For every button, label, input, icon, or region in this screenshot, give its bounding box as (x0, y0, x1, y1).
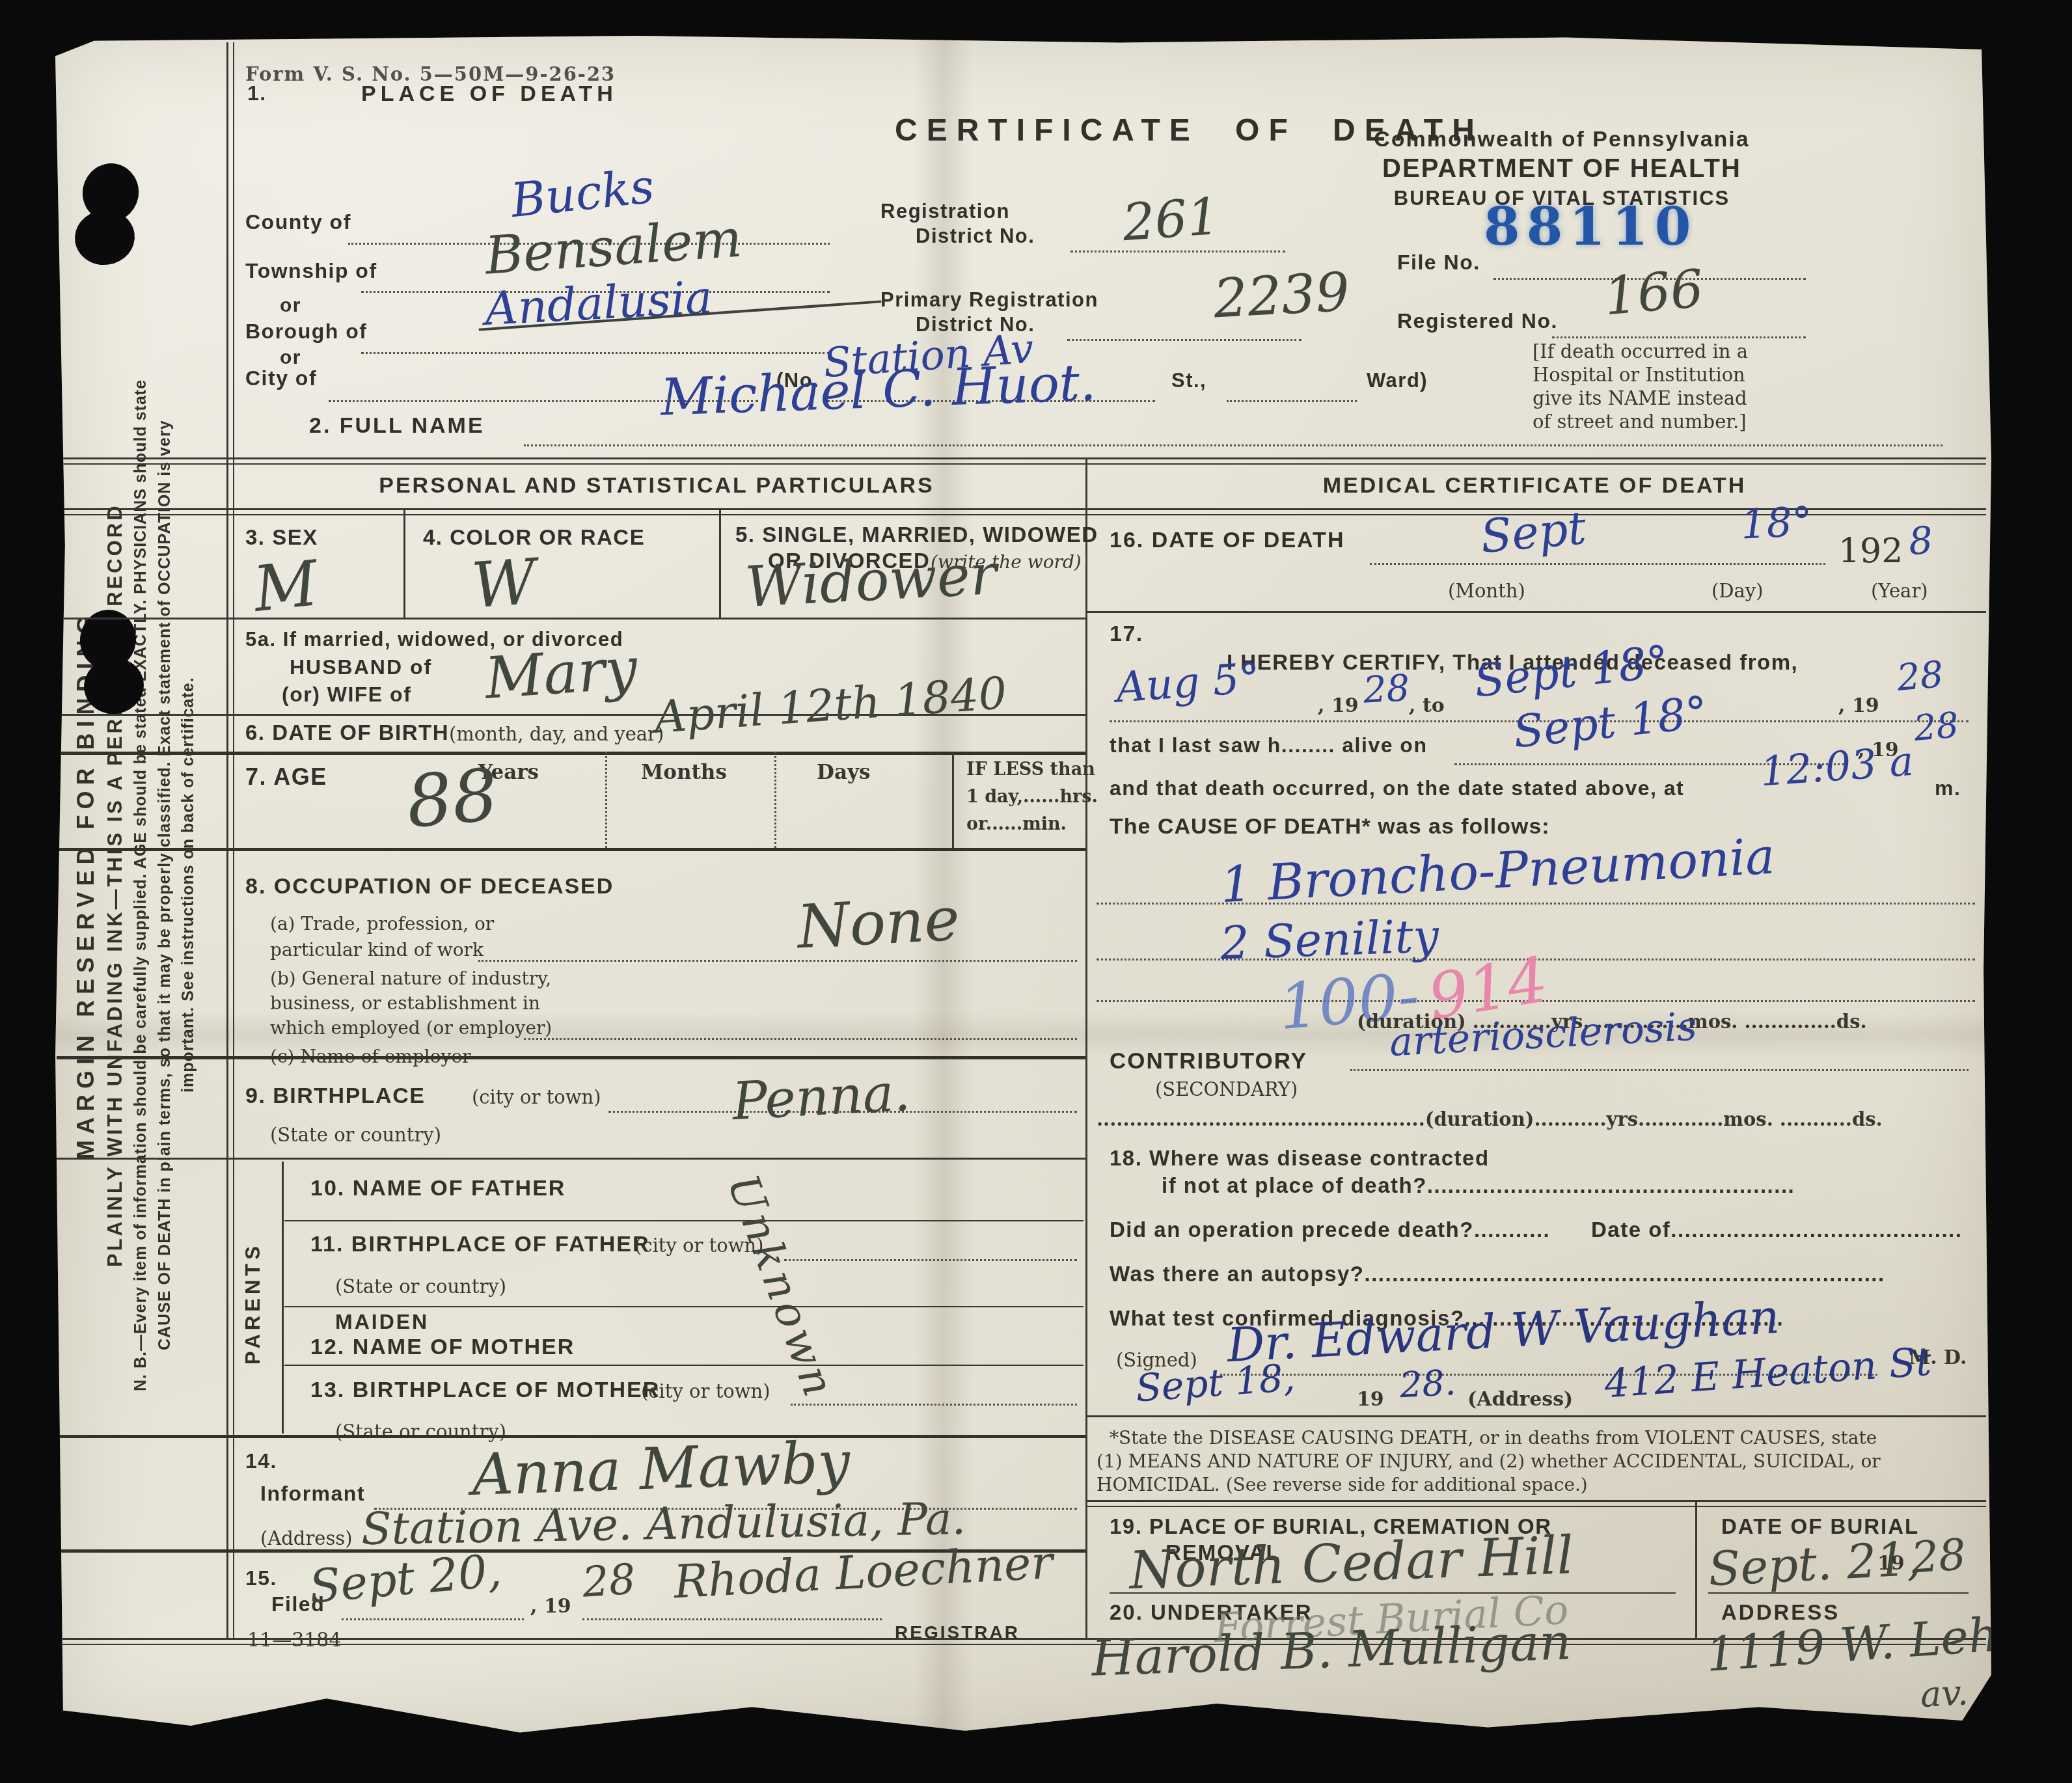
husband-of-label: HUSBAND of (290, 655, 432, 679)
age-divider-dotted-1 (605, 752, 607, 848)
mother-name-label: 12. NAME OF MOTHER (310, 1335, 575, 1360)
right-section-title: MEDICAL CERTIFICATE OF DEATH (1085, 473, 1983, 498)
margin-line-nb2: CAUSE OF DEATH in plain terms, so that i… (156, 81, 173, 1689)
cause-of-death-label: The CAUSE OF DEATH* was as follows: (1110, 814, 1550, 839)
color-marital-divider (719, 508, 721, 618)
printed-19-a: , 19 (1318, 694, 1359, 717)
death-certificate-paper: MARGIN RESERVED FOR BINDING PLAINLY WITH… (55, 36, 1991, 1734)
mother-state-note: (State or country) (335, 1421, 506, 1443)
mother-name-line (284, 1365, 1084, 1366)
rule-below-dod (1085, 611, 1986, 613)
spouse-value: Mary (483, 634, 640, 712)
informant-number: 14. (245, 1449, 277, 1473)
contributory-label: CONTRIBUTORY (1110, 1048, 1307, 1074)
father-birthplace-note: (city or town) (634, 1234, 764, 1257)
st-label: St., (1171, 369, 1206, 392)
printed-19-d: 19 (1357, 1388, 1384, 1411)
section-divider-rule (57, 457, 1986, 465)
occupation-a-line (478, 960, 1077, 962)
registration-label-1: Registration (880, 200, 1010, 223)
burial-date-line (1708, 1592, 1969, 1594)
duration-2-labels: ........................................… (1097, 1108, 1883, 1130)
bottom-rule (57, 1638, 1986, 1645)
father-birthplace-label: 11. BIRTHPLACE OF FATHER (310, 1232, 650, 1257)
burial-column-divider (1695, 1500, 1697, 1638)
burial-place-line (1110, 1592, 1676, 1594)
filed-year-value: 28 (581, 1555, 637, 1607)
agency-line-1: Commonwealth of Pennsylvania (1347, 127, 1777, 152)
margin-line-binding: MARGIN RESERVED FOR BINDING (74, 81, 98, 1689)
occupation-b-line-1: (b) General nature of industry, (270, 968, 551, 989)
ward-label: Ward) (1367, 369, 1428, 392)
registered-no-value: 166 (1602, 258, 1706, 327)
last-saw-text: that I last saw h........ alive on (1110, 733, 1427, 757)
father-name-label: 10. NAME OF FATHER (310, 1176, 566, 1201)
occupation-b-line-2: business, or establishment in (270, 992, 540, 1014)
filed-date-line (342, 1618, 524, 1620)
color-race-label: 4. COLOR OR RACE (423, 525, 645, 550)
age-label: 7. AGE (245, 763, 327, 791)
age-months-label: Months (641, 761, 727, 784)
death-month-value: Sept (1479, 501, 1588, 564)
printed-19-e: 19 (1877, 1552, 1905, 1575)
death-time-value: 12:03 a (1759, 737, 1915, 795)
last-saw-year: 28 (1912, 704, 1960, 749)
father-name-value: Unknown (718, 1168, 845, 1406)
operation-question: Did an operation precede death?.........… (1110, 1218, 1550, 1242)
footnote-line-2: (1) MEANS AND NATURE OF INJURY, and (2) … (1097, 1450, 1881, 1472)
father-name-line (284, 1220, 1084, 1221)
full-name-value: Michael C. Huot. (660, 353, 1097, 427)
maiden-label: MAIDEN (335, 1310, 429, 1334)
parents-bracket-line (282, 1162, 284, 1434)
sex-value: M (250, 547, 321, 626)
hospital-note-line-4: of street and number.] (1533, 411, 1747, 433)
hospital-note-line-3: give its NAME instead (1533, 387, 1747, 409)
birthplace-value: Penna. (731, 1062, 912, 1132)
place-of-death-label: PLACE OF DEATH (361, 81, 618, 107)
birthplace-state-note: (State or country) (270, 1124, 441, 1146)
informant-address-label: (Address) (260, 1527, 353, 1549)
printed-19-b: , 19 (1838, 694, 1879, 717)
birthplace-note: (city or town) (472, 1086, 601, 1108)
city-label: City of (245, 366, 317, 390)
rule-below-birthplace (57, 1158, 1085, 1160)
or-label-2: or (280, 347, 301, 369)
certify-number: 17. (1110, 621, 1143, 647)
occupation-a-line-2: particular kind of work (270, 939, 484, 960)
hospital-note-line-2: Hospital or Institution (1533, 364, 1745, 386)
filed-number: 15. (245, 1566, 277, 1590)
filed-date-value: Sept 20, (307, 1544, 504, 1613)
rule-below-age (57, 848, 1085, 851)
filed-19-printed: , 19 (530, 1595, 571, 1618)
dob-note: (month, day, and year) (449, 723, 664, 745)
county-label: County of (245, 210, 351, 234)
registration-label-2: District No. (916, 225, 1035, 248)
q18-line-1: 18. Where was disease contracted (1110, 1146, 1490, 1171)
operation-date-label: Date of.................................… (1591, 1218, 1962, 1242)
contributory-line (1350, 1069, 1969, 1071)
full-name-label: 2. FULL NAME (309, 413, 485, 439)
rule-below-dob (57, 752, 1085, 755)
margin-line-nb3: important. See instructions on back of c… (180, 81, 197, 1689)
undertaker-address-suffix: av. (1919, 1672, 1969, 1715)
footnote-line-1: *State the DISEASE CAUSING DEATH, or in … (1110, 1427, 1877, 1449)
rule-below-signature (1085, 1415, 1986, 1417)
occupation-b-line (524, 1038, 1077, 1040)
month-note: (Month) (1448, 580, 1525, 602)
father-state-note: (State or country) (335, 1275, 506, 1298)
marital-value: Widower (744, 542, 999, 620)
parents-vertical-label: PARENTS (241, 1242, 265, 1365)
informant-label: Informant (260, 1482, 365, 1506)
mother-birthplace-note: (city or town) (641, 1380, 770, 1402)
birthplace-label: 9. BIRTHPLACE (245, 1083, 425, 1109)
occupation-label: 8. OCCUPATION OF DECEASED (245, 874, 614, 899)
footnote-line-3: HOMICIDAL. (See reverse side for additio… (1097, 1474, 1588, 1495)
cause-1-value: 1 Broncho-Pneumonia (1219, 827, 1776, 914)
registration-value: 261 (1121, 187, 1221, 252)
wife-of-label: (or) WIFE of (282, 683, 411, 707)
full-name-line (524, 444, 1942, 446)
color-race-value: W (469, 545, 538, 623)
place-of-death-number: 1. (247, 81, 267, 105)
marital-label-line-1: 5. SINGLE, MARRIED, WIDOWED (735, 523, 1098, 547)
left-header-rule (57, 508, 1085, 515)
occupation-b-line-3: which employed (or employer) (270, 1017, 552, 1039)
q18-line-2: if not at place of death?...............… (1162, 1173, 1795, 1198)
attended-from-year: 28 (1362, 667, 1411, 712)
occupation-value: None (795, 884, 961, 962)
attended-to-year: 28 (1895, 653, 1945, 700)
age-box-divider (952, 752, 954, 848)
borough-line (361, 352, 830, 354)
mother-birthplace-label: 13. BIRTHPLACE OF MOTHER (310, 1378, 660, 1403)
rule-below-father (284, 1306, 1084, 1307)
death-year-digit: 8 (1907, 518, 1935, 564)
attended-from-value: Aug 5° (1115, 654, 1262, 712)
agency-line-2: DEPARTMENT OF HEALTH (1347, 154, 1777, 184)
date-of-death-label: 16. DATE OF DEATH (1110, 528, 1344, 553)
file-no-label: File No. (1397, 251, 1480, 275)
death-year-printed: 192 (1838, 532, 1903, 571)
primary-registration-value: 2239 (1212, 262, 1351, 331)
form-left-border (226, 42, 234, 1638)
sex-label: 3. SEX (245, 525, 318, 550)
column-divider (1085, 457, 1087, 1639)
rule-below-occupation (57, 1056, 1085, 1059)
rule-below-sex-row (57, 618, 1085, 619)
printed-to: , to (1409, 694, 1445, 717)
autopsy-question: Was there an autopsy?...................… (1110, 1262, 1885, 1286)
dob-label: 6. DATE OF BIRTH (245, 720, 449, 745)
age-days-label: Days (817, 761, 870, 784)
occupation-a-line-1: (a) Trade, profession, or (270, 913, 494, 934)
day-note: (Day) (1711, 580, 1764, 602)
registration-line (1070, 251, 1285, 252)
or-label-1: or (280, 295, 301, 317)
primary-registration-line (1067, 339, 1302, 341)
primary-registration-label-1: Primary Registration (880, 288, 1098, 312)
secondary-label: (SECONDARY) (1155, 1078, 1298, 1100)
year-note: (Year) (1871, 580, 1928, 602)
if-less-line-1: IF LESS than (966, 759, 1095, 780)
rule-above-burial (1085, 1500, 1986, 1507)
if-less-line-3: or......min. (966, 814, 1067, 834)
file-stamp-number: 88110 (1484, 196, 1697, 257)
signature-year: 28. (1398, 1362, 1456, 1406)
sex-color-divider (403, 508, 405, 618)
signature-address-label: (Address) (1467, 1388, 1573, 1411)
ward-line (1227, 400, 1357, 402)
binding-margin: MARGIN RESERVED FOR BINDING PLAINLY WITH… (74, 81, 230, 1689)
township-label: Township of (245, 259, 377, 283)
margin-line-ink: PLAINLY WITH UNFADING INK—THIS IS A PERM… (105, 81, 126, 1689)
if-less-line-2: 1 day,......hrs. (966, 787, 1098, 807)
burial-year-value: 28 (1909, 1529, 1967, 1583)
death-day-value: 18° (1739, 497, 1814, 549)
registered-no-line (1552, 336, 1806, 338)
hospital-note-line-1: [If death occurred in a (1533, 340, 1748, 362)
age-divider-dotted-2 (774, 752, 776, 848)
registered-no-label: Registered No. (1397, 309, 1558, 333)
filed-registrar-line (582, 1618, 882, 1620)
death-time-text: and that death occurred, on the date sta… (1110, 776, 1684, 800)
borough-label: Borough of (245, 320, 367, 344)
death-time-m: m. (1935, 776, 1961, 800)
cause-1-line (1097, 903, 1975, 905)
left-section-title: PERSONAL AND STATISTICAL PARTICULARS (228, 473, 1085, 498)
date-of-death-line (1370, 563, 1825, 565)
margin-line-nb1: N. B.—Every item of information should b… (132, 81, 149, 1689)
mother-birthplace-line (791, 1404, 1077, 1406)
age-value: 88 (403, 753, 502, 844)
father-birthplace-line (784, 1259, 1077, 1261)
